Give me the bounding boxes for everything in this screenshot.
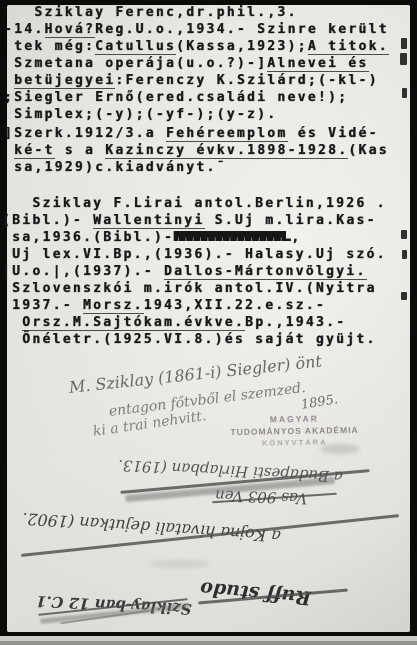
typed-text-segment: ké-t: [14, 143, 55, 159]
typed-line: |U.o.|,(1937).- Dallos-Mártonvölgyi.: [2, 263, 387, 280]
typed-line: Önéletr.(1925.VI.8.)és saját gyüjt.: [2, 331, 387, 348]
typed-text-segment: (Kassa,1923);: [176, 39, 308, 54]
typed-text-segment: MMMMMMMMMMMMMMM.: [174, 230, 291, 245]
ink-edge-mark: [401, 292, 407, 300]
typed-line: Sziklay Ferenc,dr.phil.,3.: [4, 4, 389, 21]
typed-text-segment: ;Siegler Ernő(ered.családi neve!);: [4, 90, 348, 105]
typed-line: Orsz.M.Sajtókam.évkve.Bp.,1943.-: [2, 314, 387, 331]
typed-line: ]Szerk.1912/3.a Fehéreemplom és Vidé-: [4, 125, 389, 142]
typed-line: -14.Hová?Reg.U.o.,1934.- Szinre került: [4, 21, 389, 38]
typed-text-segment: Fehéreemplom: [166, 126, 288, 142]
typed-text-segment: Reg.U.o.,1934.- Szinre került: [95, 22, 389, 37]
typed-text-segment: tek még:: [4, 39, 95, 54]
typed-text-segment: Hová?: [45, 22, 96, 38]
typed-text-segment: ,: [291, 230, 301, 245]
typed-line: Simplex;(-y);(-yf-);(y-z).: [4, 106, 389, 123]
typed-line: Uj lex.VI.Bp.,(1936).- Halasy.Uj szó.: [2, 246, 387, 263]
typed-text-segment: (Bibl.)-: [2, 213, 93, 228]
typed-text-segment: [4, 143, 14, 158]
typed-text-segment: betüjegyei: [14, 73, 115, 89]
typed-block-editor: ]Szerk.1912/3.a Fehéreemplom és Vidé- ké…: [4, 125, 389, 176]
typed-line: tek még:Catullus(Kassa,1923);A titok.: [4, 38, 389, 55]
typed-text-segment: s a: [55, 143, 106, 158]
typed-text-segment: (Kas: [348, 143, 389, 158]
typed-text-segment: sa,1936.(Bibl.)-: [2, 230, 174, 245]
typed-text-segment: Alnevei és: [267, 56, 368, 72]
typed-text-segment: A titok.: [308, 39, 389, 55]
typed-text-segment: :Ferenczy K.Szilárd;(-kl-): [115, 73, 378, 88]
typed-line: (Bibl.)- Wallentinyi S.Uj m.lira.Kas-: [2, 212, 387, 229]
typed-text-segment: -14.: [4, 22, 45, 37]
typed-line: Szlovenszkói m.irók antol.IV.(Nyitra: [2, 280, 387, 297]
typed-block-sources: Sziklay F.Lirai antol.Berlin,1926 .(Bibl…: [2, 195, 387, 348]
typed-text-segment: sa,1929)c.kiadványt.¯: [4, 160, 227, 175]
typed-text-segment: Sziklay Ferenc,dr.phil.,3.: [4, 5, 298, 20]
typed-text-segment: S.Uj m.lira.Kas-: [205, 213, 377, 228]
typed-text-segment: 1943,XII.22.e.sz.-: [144, 298, 326, 313]
typed-text-segment: 1937.-: [2, 298, 83, 313]
typed-text-segment: |U.o.|,(1937).-: [2, 264, 164, 279]
ink-edge-mark: [402, 250, 407, 259]
typed-text-segment: és Vidé-: [288, 126, 379, 141]
library-stamp: MAGYAR TUDOMÁNYOS AKADÉMIA KÖNYVTÁRA: [222, 413, 368, 449]
ink-edge-mark: [401, 38, 407, 49]
typed-line: Szmetana operája(u.o.?)-]Alnevei és: [4, 55, 389, 72]
typed-text-segment: [2, 315, 22, 330]
pencil-smudge: [320, 444, 360, 454]
typed-block-biography: Sziklay Ferenc,dr.phil.,3.-14.Hová?Reg.U…: [4, 4, 389, 123]
ink-edge-mark: [400, 53, 407, 65]
ink-edge-mark: [401, 230, 407, 239]
typed-text-segment: Önéletr.(1925.VI.8.)és saját gyüjt.: [2, 332, 377, 347]
typed-text-segment: Kazinczy évkv.1898-1928.: [105, 143, 348, 159]
typed-text-segment: Morsz.: [83, 298, 144, 314]
typed-text-segment: Wallentinyi: [93, 213, 204, 229]
typed-text-segment: Dallos-Mártonvölgyi.: [164, 264, 367, 280]
typed-text-segment: Catullus: [95, 39, 176, 55]
typed-text-segment: [4, 73, 14, 88]
stamp-line: TUDOMÁNYOS AKADÉMIA: [222, 425, 367, 438]
typed-line: 1937.- Morsz.1943,XII.22.e.sz.-: [2, 297, 387, 314]
stamp-line: MAGYAR: [222, 413, 367, 426]
typed-line: Sziklay F.Lirai antol.Berlin,1926 .: [2, 195, 387, 212]
typed-text-segment: Szmetana operája(u.o.?)-]: [4, 56, 267, 71]
scanned-card-photo: Sziklay Ferenc,dr.phil.,3.-14.Hová?Reg.U…: [0, 0, 417, 645]
typed-text-segment: Szlovenszkói m.irók antol.IV.(Nyitra: [2, 281, 377, 296]
typed-text-segment: ]Szerk.1912/3.a: [4, 126, 166, 141]
ink-edge-mark: [402, 88, 407, 98]
typed-text-segment: Uj lex.VI.Bp.,(1936).- Halasy.Uj szó.: [2, 247, 387, 262]
typed-line: ké-t s a Kazinczy évkv.1898-1928.(Kas: [4, 142, 389, 159]
typed-line: sa,1929)c.kiadványt.¯: [4, 159, 389, 176]
typed-line: betüjegyei:Ferenczy K.Szilárd;(-kl-): [4, 72, 389, 89]
pencil-smudge: [150, 560, 210, 568]
typed-text-segment: Bp.,1943.-: [245, 315, 346, 330]
typed-line: sa,1936.(Bibl.)-MMMMMMMMMMMMMMM.,: [2, 229, 387, 246]
typed-text-segment: Orsz.M.Sajtókam.évkve.: [22, 315, 245, 331]
typed-line: ;Siegler Ernő(ered.családi neve!);: [4, 89, 389, 106]
typed-text-segment: Simplex;(-y);(-yf-);(y-z).: [4, 107, 277, 122]
typed-text-segment: Sziklay F.Lirai antol.Berlin,1926 .: [2, 196, 387, 211]
scan-background-strip: [0, 641, 417, 645]
